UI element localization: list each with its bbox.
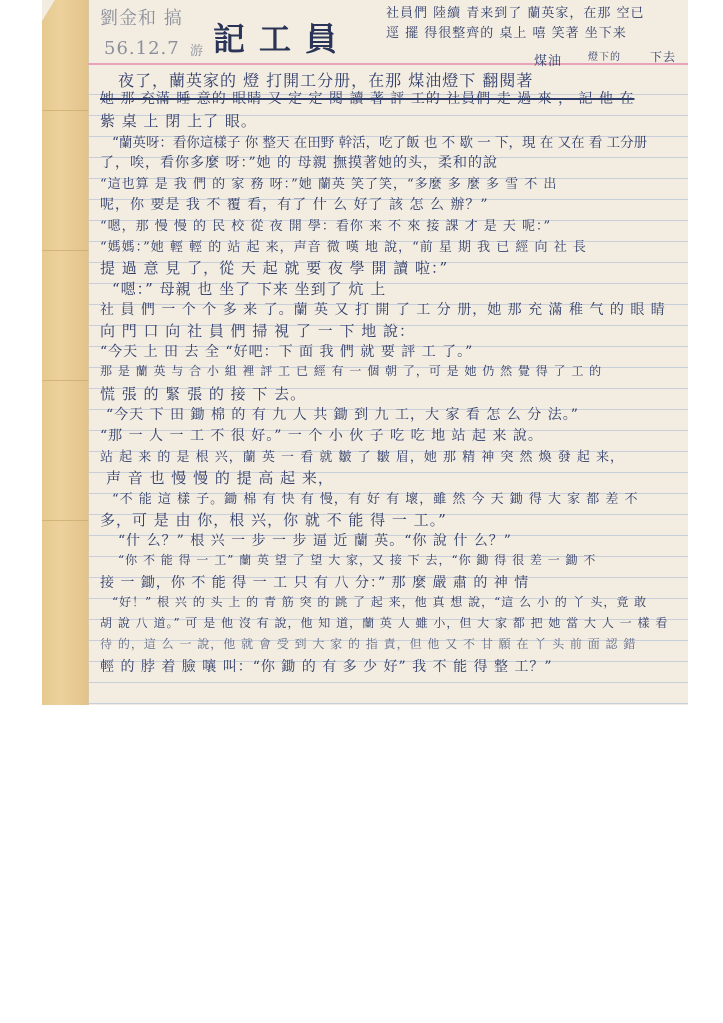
tape-edge <box>88 0 89 705</box>
insert-note: 下去 <box>650 48 676 65</box>
text-line: “嗯，那 慢 慢 的 民 校 從 夜 開 學：看你 来 不 來 接 課 才 是 … <box>100 215 551 234</box>
text-line: 待 的，這 么 一 說，他 就 會 受 到 大 家 的 指 責，但 他 又 不 … <box>100 635 636 652</box>
text-line: “今天 下 田 鋤 棉 的 有 九 人 共 鋤 到 九 工，大 家 看 怎 么 … <box>106 404 579 424</box>
text-line: 紫 桌 上 閉 上了 眼。 <box>100 110 257 131</box>
text-line: “媽媽：”她 輕 輕 的 站 起 来，声音 微 嘆 地 說，“前 星 期 我 已… <box>100 236 587 255</box>
text-line: 呢，你 要是 我 不 覆 看，有了 什 么 好了 該 怎 么 辦？” <box>100 194 489 214</box>
top-right-note-line: 社員們 陸續 青来到了 蘭英家，在那 空已 <box>386 2 645 21</box>
text-line: “好！” 根 兴 的 头 上 的 青 筋 突 的 跳 了 起 来，他 真 想 說… <box>112 593 647 610</box>
text-line: “不 能 這 樣 子。鋤 棉 有 快 有 慢，有 好 有 壞，雖 然 今 天 鋤… <box>112 488 639 507</box>
text-line-struck: 她 那 充滿 睡 意的 眼睛 又 定 定 閱 讀 著 評 工的 社員們 走 過 … <box>100 88 634 108</box>
text-line: 輕 的 脖 着 臉 嚷 叫：“你 鋤 的 有 多 少 好” 我 不 能 得 整 … <box>100 656 553 676</box>
text-line: 胡 說 八 道。” 可 是 他 沒 有 說，他 知 道，蘭 英 人 雖 小，但 … <box>100 614 668 631</box>
text-line: “那 一 人 一 工 不 很 好。” 一 个 小 伙 子 吃 吃 地 站 起 来… <box>100 425 543 445</box>
text-line: “你 不 能 得 一 工” 蘭 英 望 了 望 大 家，又 接 下 去，“你 鋤… <box>118 551 596 568</box>
text-line: 社 員 們 一 个 个 多 来 了。蘭 英 又 打 開 了 工 分 册，她 那 … <box>100 299 666 319</box>
text-line: 提 過 意 見 了，從 天 起 就 要 夜 學 開 讀 啦：” <box>100 257 448 278</box>
text-line: “蘭英呀：看你這樣子 你 整天 在田野 幹活，吃了飯 也 不 歇 一 下，現 在… <box>112 131 647 151</box>
text-line: “嗯：” 母親 也 坐了 下来 坐到了 炕 上 <box>112 278 386 299</box>
page-title: 記工員 <box>213 14 351 60</box>
text-line: 那 是 蘭 英 与 合 小 組 裡 評 工 已 經 有 一 個 朝 了，可 是 … <box>100 362 602 379</box>
text-line: 多，可 是 由 你，根 兴，你 就 不 能 得 一 工。” <box>100 509 447 530</box>
date-suffix: 游 <box>190 40 204 59</box>
text-line: “今天 上 田 去 全 “好吧：下 面 我 們 就 要 評 工 了。” <box>100 341 473 361</box>
text-line: 慌 張 的 緊 張 的 接 下 去。 <box>100 383 306 404</box>
text-line: 了，唉，看你多麼 呀：”她 的 母親 撫摸著她的头，柔和的說 <box>100 152 498 172</box>
insert-note: 煤油 <box>534 50 562 69</box>
text-line: 站 起 来 的 是 根 兴，蘭 英 一 看 就 皺 了 皺 眉，她 那 精 神 … <box>100 446 624 465</box>
text-line: 声 音 也 慢 慢 的 提 高 起 来， <box>106 467 334 488</box>
author-note: 劉金和 搞 <box>100 4 183 30</box>
text-line: 接 一 鋤，你 不 能 得 一 工 只 有 八 分：” 那 麼 嚴 肅 的 神 … <box>100 572 529 592</box>
insert-note: 燈下的 <box>588 48 621 63</box>
text-line: “這也算 是 我 們 的 家 務 呀：”她 蘭英 笑了笑，“多麼 多 麼 多 雪… <box>100 173 557 192</box>
header-margin-line <box>88 63 688 65</box>
text-line: 向 門 口 向 社 員 們 掃 視 了 一 下 地 說： <box>100 320 415 341</box>
top-right-note-line: 逕 擺 得很整齊的 桌上 嘻 笑著 坐下来 <box>386 22 627 41</box>
tape-strip <box>42 0 88 705</box>
text-line: “什 么？” 根 兴 一 步 一 步 逼 近 蘭 英。“你 說 什 么？” <box>118 530 512 550</box>
date: 56.12.7 <box>104 38 180 59</box>
